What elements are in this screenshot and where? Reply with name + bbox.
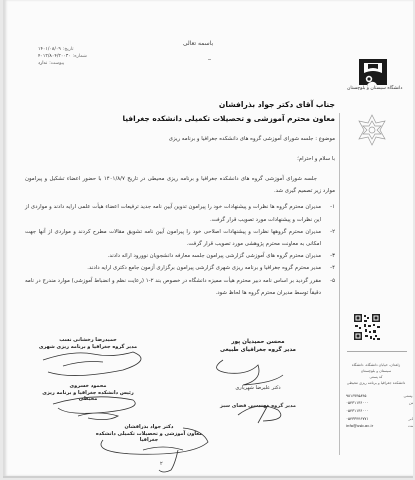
decision-text: مدیر محترم گروه جغرافیا و برنامه ریزی شه… <box>25 262 321 274</box>
meta-number-value: ۴۰۱۲/۸۰۴/۲۰۰۳۰ <box>38 53 71 60</box>
address-line: دانشکده جغرافیا و برنامه ریزی محیطی <box>346 380 406 386</box>
decision-item: ۳- مدیران محترم گروه های آموزشی گزارشی پ… <box>25 250 335 262</box>
ornament-emblem-icon <box>355 113 389 147</box>
addressee-name: جناب آقای دکتر جواد بذرافشان <box>103 98 335 112</box>
decision-item: ۲- مدیران محترم گروهها نظرات و پیشنهادات… <box>25 226 335 250</box>
vertical-divider <box>339 113 340 455</box>
decision-number: ۴- <box>325 262 335 274</box>
signatory-role: معاون آموزشی و تحصیلات تکمیلی دانشکده جغ… <box>89 431 209 444</box>
signature-block: مدیر گروه مهندسی فضای سبز <box>198 403 318 410</box>
university-logo-icon <box>353 55 393 101</box>
greeting: با سلام و احترام؛ <box>43 153 335 165</box>
body-intro: جلسه شورای آموزشی گروه های دانشکده جغراف… <box>25 173 335 197</box>
decision-number: ۵- <box>325 275 335 299</box>
address-line: زاهدان، خیابان دانشگاه، دانشگاه سیستان و… <box>346 362 406 374</box>
meta-date-value: ۱۴۰۱/۰۸/۰۹ <box>38 46 61 53</box>
signature-block: محسن حمیدیان پور مدیر گروه جغرافیای طبیع… <box>203 338 313 354</box>
decision-text: مدیران محترم گروه ها نظرات و پیشنهادات خ… <box>25 201 321 225</box>
contact-row: ۹۸۱۶۷۴۵۸۴۵ کدپستی <box>346 392 413 400</box>
contact-label: نمابر <box>408 416 413 422</box>
footer-divider <box>347 351 407 352</box>
signature-block: دکتر جواد بذرافشان معاون آموزشی و تحصیلا… <box>89 424 209 444</box>
decision-number: ۳- <box>325 250 335 262</box>
letter-page: تاریخ: ۱۴۰۱/۰۸/۰۹ شماره: ۴۰۱۲/۸۰۴/۲۰۰۳۰ … <box>3 0 413 478</box>
meta-date-label: تاریخ: <box>63 46 74 53</box>
signatory-role: رئیس دانشکده جغرافیا و برنامه ریزی محیطی <box>38 390 138 403</box>
signatory-role: مدیر گروه مهندسی فضای سبز <box>198 403 318 410</box>
contact-value: ۹۸۱۶۷۴۵۸۴۵ <box>346 393 366 399</box>
decision-item: ۴- مدیر محترم گروه جغرافیا و برنامه ریزی… <box>25 262 335 274</box>
decision-text: مقرر گردید بر اساس نامه دبیر محترم هیأت … <box>25 275 321 299</box>
decision-item: ۵- مقرر گردید بر اساس نامه دبیر محترم هی… <box>25 275 335 299</box>
letter-meta: تاریخ: ۱۴۰۱/۰۸/۰۹ شماره: ۴۰۱۲/۸۰۴/۲۰۰۳۰ … <box>38 46 98 67</box>
signatory-name: محسن حمیدیان پور <box>203 338 313 346</box>
page-number: ۲ <box>160 461 163 467</box>
meta-attachment-label: پیوست: <box>49 60 64 67</box>
meta-number: شماره: ۴۰۱۲/۸۰۴/۲۰۰۳۰ <box>38 53 98 60</box>
contact-row: ۰۵۴۳۱۱۳۶۰۰۰ <box>346 407 413 415</box>
letter-body: جلسه شورای آموزشی گروه های دانشکده جغراف… <box>25 173 335 299</box>
decision-text: مدیران محترم گروه های آموزشی گزارشی پیرا… <box>25 250 321 262</box>
signature-block: حمیدرضا رخشانی نسب مدیر گروه جغرافیا و ب… <box>33 337 143 350</box>
decision-number: ۲- <box>325 226 335 250</box>
university-name: دانشگاه سیستان و بلوچستان <box>347 86 399 91</box>
footer-contacts: ۹۸۱۶۷۴۵۸۴۵ کدپستی ۰۵۴۳۱۱۳۶۰۰۰ تلفن ۰۵۴۳۱… <box>346 392 413 430</box>
signatory-name: دکتر علیرضا شهریاری <box>203 385 313 392</box>
addressee-title: معاون محترم آموزشی و تحصیلات تکمیلی دانش… <box>103 112 335 125</box>
qr-code-icon <box>353 313 381 341</box>
contact-value: ۰۵۴۳۱۱۳۶۰۰۰ <box>346 408 368 414</box>
contact-label: کدپستی <box>403 393 413 399</box>
signature-block: محمود خسروی رئیس دانشکده جغرافیا و برنام… <box>38 383 138 403</box>
contact-value: ۰۵۴۳۳۴۴۶۷۷۱ <box>346 416 368 422</box>
contact-email: info@usb.ac.ir <box>346 423 373 429</box>
footer-address: زاهدان، خیابان دانشگاه، دانشگاه سیستان و… <box>346 362 406 386</box>
meta-date: تاریخ: ۱۴۰۱/۰۸/۰۹ <box>38 46 98 53</box>
contact-value: ۰۵۴۳۱۱۳۶۰۰۰ <box>346 400 368 406</box>
letter-subject: موضوع : جلسه شورای آموزشی گروه های دانشک… <box>43 133 335 145</box>
decision-list: ۱- مدیران محترم گروه ها نظرات و پیشنهادا… <box>25 201 335 299</box>
basmala-dash <box>208 59 211 60</box>
contact-row: ۰۵۴۳۳۴۴۶۷۷۱ نمابر <box>346 415 413 423</box>
contact-row: ۰۵۴۳۱۱۳۶۰۰۰ تلفن <box>346 400 413 408</box>
contact-label: پست <box>408 423 413 429</box>
addressee: جناب آقای دکتر جواد بذرافشان معاون محترم… <box>103 98 335 125</box>
contact-label: تلفن <box>409 400 413 406</box>
meta-attachment-value: ندارد <box>38 60 47 67</box>
contact-row: info@usb.ac.ir پست <box>346 422 413 430</box>
meta-attachment: پیوست: ندارد <box>38 60 98 67</box>
signature-block: دکتر علیرضا شهریاری <box>203 385 313 392</box>
basmala: باسمه تعالی <box>168 40 228 47</box>
signatory-role: مدیر گروه جغرافیا و برنامه ریزی شهری <box>33 344 143 351</box>
handwritten-signature-icon <box>228 395 298 425</box>
decision-number: ۱- <box>325 201 335 225</box>
signatory-role: مدیر گروه جغرافیای طبیعی <box>203 346 313 354</box>
meta-number-label: شماره: <box>73 53 87 60</box>
decision-item: ۱- مدیران محترم گروه ها نظرات و پیشنهادا… <box>25 201 335 225</box>
decision-text: مدیران محترم گروهها نظرات و پیشنهادات اص… <box>25 226 321 250</box>
